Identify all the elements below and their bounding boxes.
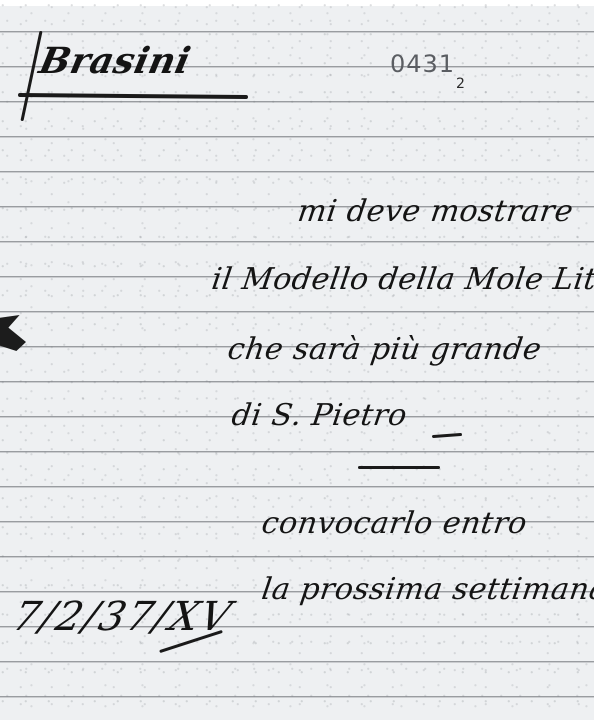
heading-name: Brasini (36, 40, 195, 82)
body-line-1: mi deve mostrare (296, 194, 576, 229)
handwritten-note-page: Brasini 0431 2 mi deve mostrare il Model… (0, 0, 594, 720)
archive-number: 0431 (390, 50, 455, 78)
body-line-2: il Modello della Mole Littoria (210, 262, 594, 297)
section-separator (358, 466, 440, 469)
instruction-line-1: convocarlo entro (260, 506, 530, 541)
archive-number-subscript: 2 (456, 76, 465, 92)
body-line-4: di S. Pietro (230, 398, 410, 433)
date: 7/2/37/XV (8, 594, 237, 640)
closing-dash (432, 433, 462, 438)
heading-underline (18, 93, 248, 99)
margin-ink-mark (0, 315, 26, 351)
instruction-line-2: la prossima settimana (260, 572, 594, 607)
body-line-3: che sarà più grande (226, 332, 544, 367)
